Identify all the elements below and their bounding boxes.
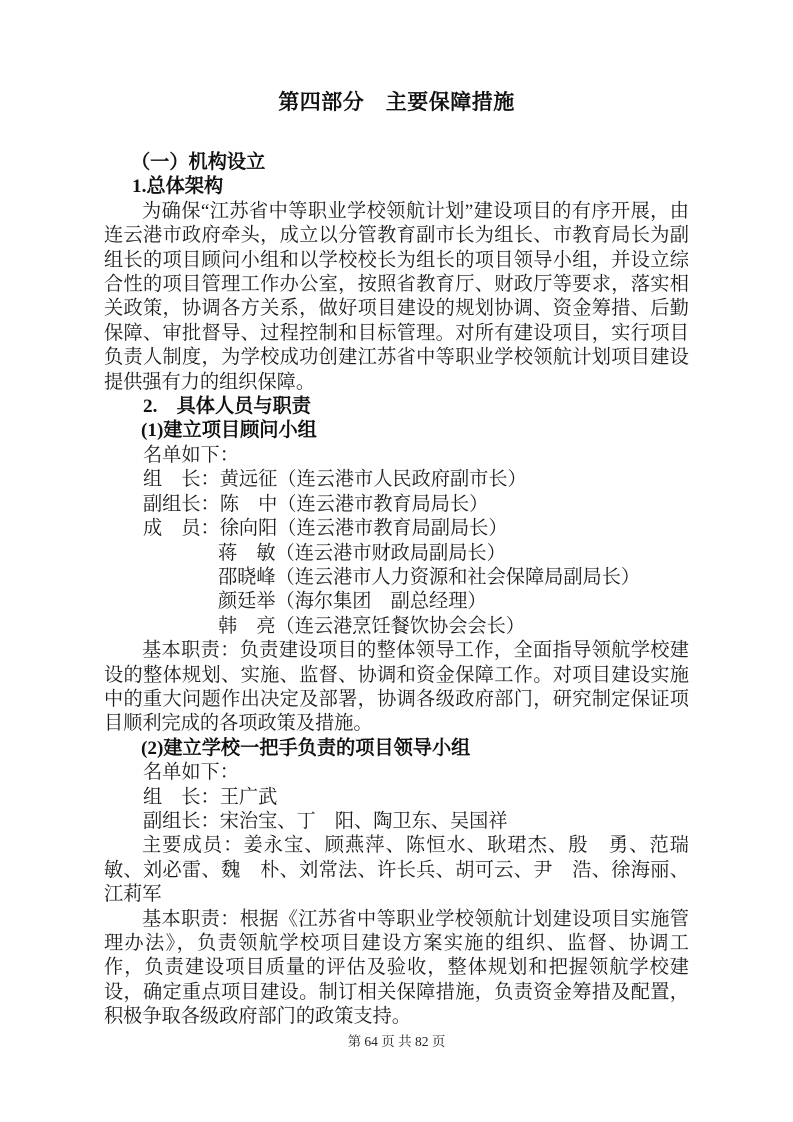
subsection-heading-overall-structure: 1.总体架构	[104, 175, 689, 199]
roster-line-leader: 组 长：王广武	[104, 786, 689, 810]
subsection-heading-personnel-duties: 2. 具体人员与职责	[104, 395, 689, 419]
section-heading: （一）机构设立	[104, 151, 689, 175]
roster-line-member: 邵晓峰（连云港市人力资源和社会保障局副局长）	[104, 566, 689, 590]
overview-paragraph: 为确保“江苏省中等职业学校领航计划”建设项目的有序开展，由连云港市政府牵头，成立…	[104, 200, 689, 395]
roster-line-deputy: 副组长：宋治宝、丁 阳、陶卫东、吴国祥	[104, 810, 689, 834]
group1-duties-paragraph: 基本职责：负责建设项目的整体领导工作，全面指导领航学校建设的整体规划、实施、监督…	[104, 639, 689, 737]
group2-heading: (2)建立学校一把手负责的项目领导小组	[104, 737, 689, 761]
roster-line-member: 成 员：徐向阳（连云港市教育局副局长）	[104, 517, 689, 541]
roster-line-member: 蒋 敏（连云港市财政局副局长）	[104, 542, 689, 566]
group1-heading: (1)建立项目顾问小组	[104, 419, 689, 443]
roster-line-deputy: 副组长：陈 中（连云港市教育局局长）	[104, 493, 689, 517]
document-content: 第四部分 主要保障措施 （一）机构设立 1.总体架构 为确保“江苏省中等职业学校…	[104, 88, 689, 1030]
roster-line-member: 颜廷举（海尔集团 副总经理）	[104, 590, 689, 614]
group2-members-paragraph: 主要成员：姜永宝、顾燕萍、陈恒水、耿珺杰、殷 勇、范瑞敏、刘必雷、魏 朴、刘常法…	[104, 834, 689, 907]
group2-duties-paragraph: 基本职责：根据《江苏省中等职业学校领航计划建设项目实施管理办法》，负责领航学校项…	[104, 908, 689, 1030]
group2-list-intro: 名单如下：	[104, 761, 689, 785]
group1-list-intro: 名单如下：	[104, 444, 689, 468]
document-title: 第四部分 主要保障措施	[104, 88, 689, 116]
roster-line-member: 韩 亮（连云港烹饪餐饮协会会长）	[104, 615, 689, 639]
document-page: 第四部分 主要保障措施 （一）机构设立 1.总体架构 为确保“江苏省中等职业学校…	[0, 0, 793, 1122]
roster-line-leader: 组 长：黄远征（连云港市人民政府副市长）	[104, 468, 689, 492]
page-number-footer: 第 64 页 共 82 页	[0, 1030, 793, 1050]
